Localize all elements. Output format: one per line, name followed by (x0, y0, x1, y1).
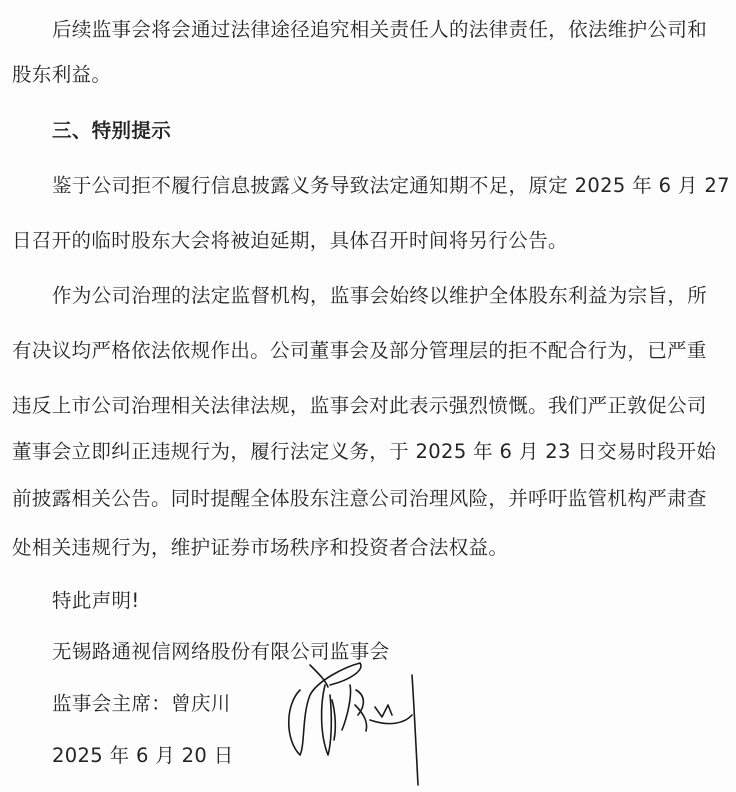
paragraph-line: 后续监事会将会通过法律途径追究相关责任人的法律责任，依法维护公司和 (52, 18, 707, 42)
handwritten-signature-icon (270, 645, 430, 792)
paragraph-line: 董事会立即纠正违规行为，履行法定义务，于 2025 年 6 月 23 日交易时段… (12, 440, 716, 464)
document-date: 2025 年 6 月 20 日 (52, 744, 234, 768)
paragraph-line: 股东利益。 (12, 63, 111, 87)
chair-name: 曾庆川 (171, 692, 231, 715)
closing-statement: 特此声明! (52, 589, 140, 613)
paragraph-line: 处相关违规行为，维护证券市场秩序和投资者合法权益。 (12, 536, 508, 560)
paragraph-line: 前披露相关公告。同时提醒全体股东注意公司治理风险，并呼吁监管机构严肃查 (12, 487, 707, 511)
paragraph-line: 鉴于公司拒不履行信息披露义务导致法定通知期不足，原定 2025 年 6 月 27 (52, 174, 730, 198)
paragraph-line: 作为公司治理的法定监督机构，监事会始终以维护全体股东利益为宗旨，所 (52, 284, 707, 308)
paragraph-line: 日召开的临时股东大会将被迫延期，具体召开时间将另行公告。 (12, 229, 568, 253)
paragraph-line: 有决议均严格依法依规作出。公司董事会及部分管理层的拒不配合行为，已严重 (12, 339, 707, 363)
chair-label: 监事会主席： (52, 692, 171, 715)
paragraph-line: 违反上市公司治理相关法律法规，监事会对此表示强烈愤慨。我们严正敦促公司 (12, 394, 707, 418)
chair-line: 监事会主席：曾庆川 (52, 692, 231, 716)
section-heading: 三、特别提示 (52, 119, 171, 143)
